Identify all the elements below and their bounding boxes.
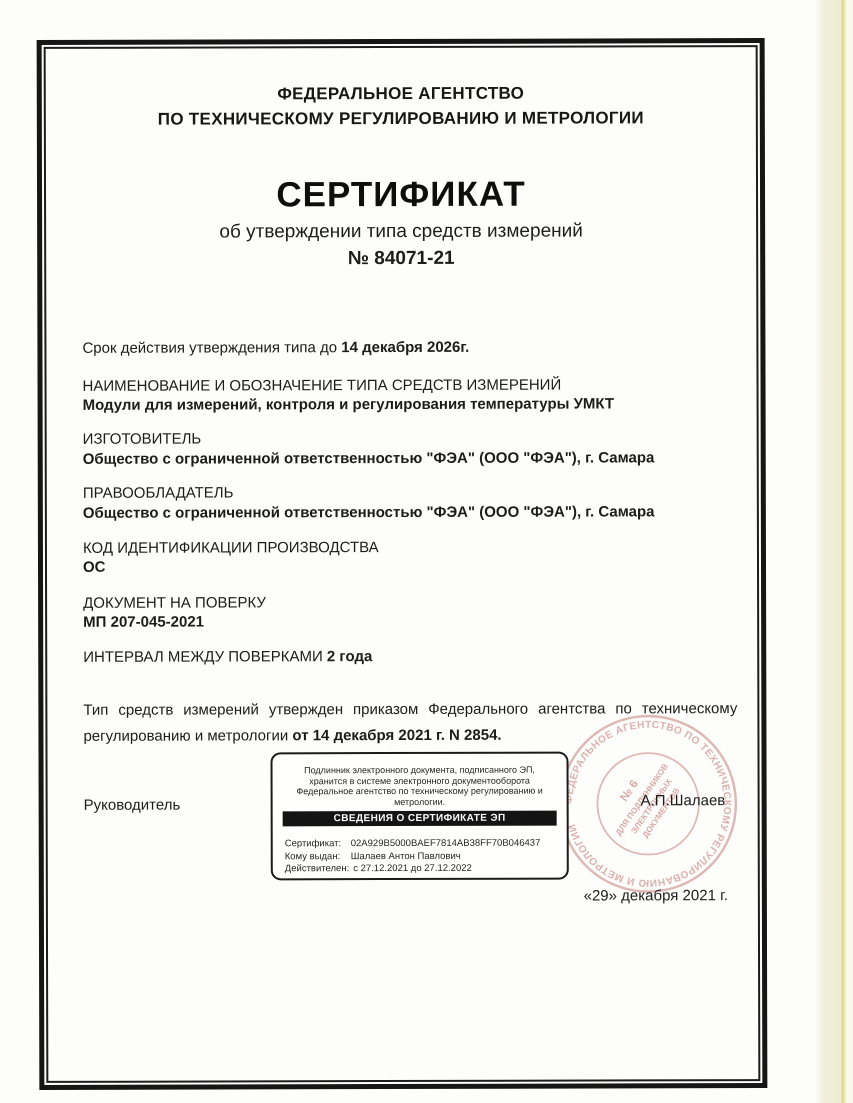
certificate-title: СЕРТИФИКАТ (37, 174, 765, 216)
field-name-label: НАИМЕНОВАНИЕ И ОБОЗНАЧЕНИЕ ТИПА СРЕДСТВ … (83, 377, 562, 395)
certificate-number: № 84071-21 (37, 247, 765, 271)
certificate-subtitle: об утверждении типа средств измерений (37, 220, 765, 244)
certificate-scan-page: ФЕДЕРАЛЬНОЕ АГЕНТСТВО ПО ТЕХНИЧЕСКОМУ РЕ… (0, 0, 853, 1103)
esign-details: Сертификат: 02A929B5000BAEF7814AB38FF70B… (285, 838, 567, 876)
signer-name: А.П.Шалаев (641, 792, 726, 809)
field-verification-doc-label: ДОКУМЕНТ НА ПОВЕРКУ (83, 594, 266, 611)
signer-role: Руководитель (84, 797, 181, 814)
field-rights-holder-label: ПРАВООБЛАДАТЕЛЬ (83, 484, 234, 501)
esign-issued-label: Кому выдан: (285, 851, 351, 864)
esignature-box: Подлинник электронного документа, подпис… (270, 752, 568, 881)
field-production-code-value: ОС (83, 559, 106, 576)
esign-issued-row: Кому выдан: Шалаев Антон Павлович (285, 850, 567, 863)
esign-valid-row: Действителен: с 27.12.2021 до 27.12.2022 (285, 863, 567, 876)
esign-certificate-bar: СВЕДЕНИЯ О СЕРТИФИКАТЕ ЭП (283, 811, 557, 827)
issue-date: «29» декабря 2021 г. (488, 887, 728, 905)
order-number: от 14 декабря 2021 г. N 2854. (292, 727, 501, 745)
field-verification-doc-value: МП 207-045-2021 (83, 614, 204, 631)
validity-label: Срок действия утверждения типа до (82, 339, 341, 357)
agency-line2: ПО ТЕХНИЧЕСКОМУ РЕГУЛИРОВАНИЮ И МЕТРОЛОГ… (37, 105, 765, 132)
validity-line: Срок действия утверждения типа до 14 дек… (82, 339, 469, 357)
field-manufacturer-value: Общество с ограниченной ответственностью… (83, 449, 655, 467)
certificate-frame: ФЕДЕРАЛЬНОЕ АГЕНТСТВО ПО ТЕХНИЧЕСКОМУ РЕ… (37, 38, 768, 1090)
esign-cert-row: Сертификат: 02A929B5000BAEF7814AB38FF70B… (285, 838, 567, 851)
esignature-notice: Подлинник электронного документа, подпис… (273, 765, 567, 808)
validity-value: 14 декабря 2026г. (341, 339, 469, 356)
field-rights-holder-value: Общество с ограниченной ответственностью… (83, 503, 655, 521)
esign-notice-line3: Федеральное агентство по техническому ре… (287, 786, 553, 797)
esign-valid-value: с 27.12.2021 до 27.12.2022 (353, 863, 472, 876)
field-manufacturer-label: ИЗГОТОВИТЕЛЬ (83, 431, 202, 448)
interval-value: 2 года (327, 648, 372, 665)
interval-label: ИНТЕРВАЛ МЕЖДУ ПОВЕРКАМИ (83, 648, 327, 666)
esign-valid-label: Действителен: (285, 863, 349, 876)
esign-notice-line1: Подлинник электронного документа, подпис… (287, 765, 553, 776)
esign-notice-line4: метрологии. (287, 796, 553, 807)
esign-cert-value: 02A929B5000BAEF7814AB38FF70B046437 (351, 838, 541, 851)
field-name-value: Модули для измерений, контроля и регулир… (83, 395, 615, 413)
esign-issued-value: Шалаев Антон Павлович (351, 850, 461, 863)
esign-notice-line2: хранится в системе электронного документ… (287, 775, 553, 786)
scan-edge-strip (815, 0, 853, 1103)
verification-interval-line: ИНТЕРВАЛ МЕЖДУ ПОВЕРКАМИ 2 года (83, 648, 372, 666)
agency-line1: ФЕДЕРАЛЬНОЕ АГЕНТСТВО (37, 80, 765, 107)
field-production-code-label: КОД ИДЕНТИФИКАЦИИ ПРОИЗВОДСТВА (83, 539, 379, 557)
esign-cert-label: Сертификат: (285, 838, 351, 851)
agency-header: ФЕДЕРАЛЬНОЕ АГЕНТСТВО ПО ТЕХНИЧЕСКОМУ РЕ… (37, 80, 765, 132)
